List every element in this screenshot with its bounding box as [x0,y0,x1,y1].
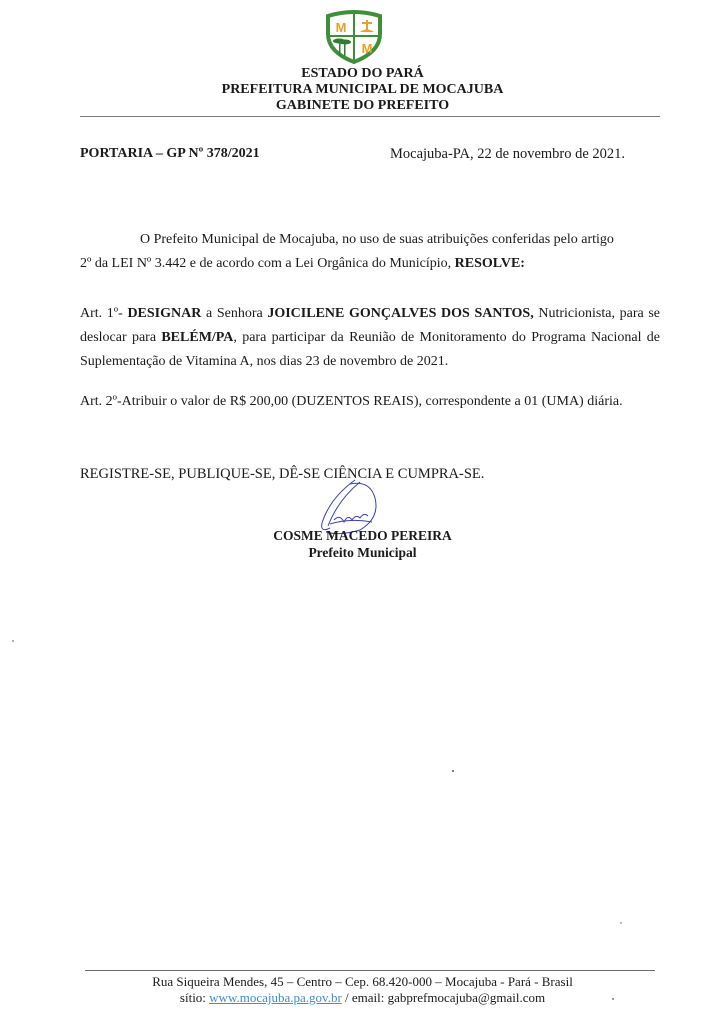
email-text: / email: gabprefmocajuba@gmail.com [342,990,545,1005]
scan-speck [12,640,14,642]
place-date: Mocajuba-PA, 22 de novembro de 2021. [390,146,625,163]
intro-text: 2º da LEI Nº 3.442 e de acordo com a Lei… [80,256,455,271]
document-number: PORTARIA – GP Nº 378/2021 [80,146,260,162]
svg-text:M: M [362,41,373,56]
article-1-verb: DESIGNAR [127,306,201,321]
site-label: sítio: [180,990,209,1005]
scan-speck [452,770,454,772]
letterhead-state: ESTADO DO PARÁ [0,66,725,82]
letterhead-municipality: PREFEITURA MUNICIPAL DE MOCAJUBA [0,82,725,98]
letterhead-office: GABINETE DO PREFEITO [0,98,725,114]
article-1-text: a Senhora [201,306,267,321]
article-1-prefix: Art. 1º- [80,306,127,321]
article-1: Art. 1º- DESIGNAR a Senhora JOICILENE GO… [80,302,660,374]
website-link[interactable]: www.mocajuba.pa.gov.br [209,990,342,1005]
signer-name: COSME MACEDO PEREIRA [0,528,725,544]
footer-address: Rua Siqueira Mendes, 45 – Centro – Cep. … [0,974,725,990]
coat-of-arms-icon: M M [322,8,386,64]
footer-divider [85,970,655,971]
scan-speck [620,922,622,924]
destination: BELÉM/PA [161,330,233,345]
svg-text:M: M [336,20,347,35]
designee-name: JOICILENE GONÇALVES DOS SANTOS, [267,306,533,321]
resolve-keyword: RESOLVE: [455,256,525,271]
intro-line-1: O Prefeito Municipal de Mocajuba, no uso… [140,228,660,252]
intro-line-2: 2º da LEI Nº 3.442 e de acordo com a Lei… [80,252,525,276]
header-divider [80,116,660,117]
closing-formula: REGISTRE-SE, PUBLIQUE-SE, DÊ-SE CIÊNCIA … [80,466,484,483]
footer-contact: sítio: www.mocajuba.pa.gov.br / email: g… [0,990,725,1006]
signer-title: Prefeito Municipal [0,545,725,561]
article-2: Art. 2º-Atribuir o valor de R$ 200,00 (D… [80,390,660,414]
